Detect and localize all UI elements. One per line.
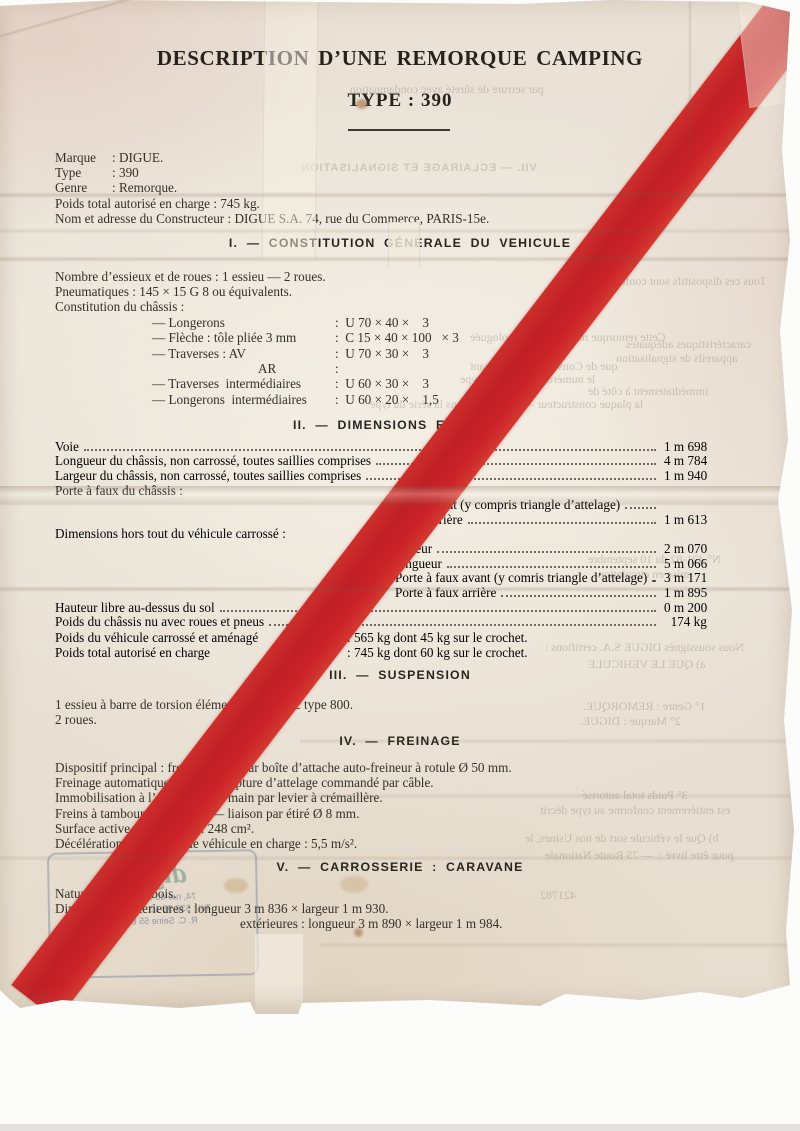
identity-value: DIGUE. xyxy=(119,150,163,165)
tyres-line: Pneumatiques : 145 × 15 G 8 ou équivalen… xyxy=(55,284,326,299)
dotted-leader xyxy=(84,449,656,451)
dimension-label: Porte à faux du châssis : xyxy=(55,483,183,499)
dimension-value: 4 m 784 xyxy=(664,453,742,469)
dimension-label: Dimensions hors tout du véhicule carross… xyxy=(55,526,286,542)
weight-line: Poids du véhicule carrossé et aménagé: 5… xyxy=(55,630,742,645)
dimension-value: 3 m 171 xyxy=(664,570,742,586)
section3-body: 1 essieu à barre de torsion élément caou… xyxy=(55,697,353,727)
dimension-label: Voie xyxy=(55,439,79,455)
braking-line: Freinage automatique en cas de rupture d… xyxy=(55,775,512,790)
chassis-spec: : xyxy=(335,361,339,376)
colon: : xyxy=(112,150,119,165)
paper-sheet: par serrure de sûreté avec condamnation … xyxy=(0,0,800,1016)
tape-strip xyxy=(262,0,319,260)
scanned-document: par serrure de sûreté avec condamnation … xyxy=(0,0,800,1131)
identity-label: Genre xyxy=(55,180,112,195)
suspension-line: 2 roues. xyxy=(55,712,353,727)
identity-value: Remorque. xyxy=(119,180,177,195)
vertical-crease xyxy=(688,0,692,150)
chassis-row: — Traverses intermédiaires: U 60 × 30 × … xyxy=(152,376,459,391)
dotted-leader xyxy=(652,580,656,582)
dimension-label: vers l’avant (y compris triangle d’attel… xyxy=(55,497,620,513)
chassis-row: — Longerons: U 70 × 40 × 3 xyxy=(152,315,459,330)
dotted-leader xyxy=(625,507,656,509)
braking-line: Surface active par tambour : 248 cm². xyxy=(55,821,512,836)
chassis-row: — Flèche : tôle pliée 3 mm: C 15 × 40 × … xyxy=(152,330,459,345)
chassis-label: — Longerons xyxy=(152,315,335,330)
dimension-value: 1 m 895 xyxy=(664,585,742,601)
chassis-spec: : U 60 × 20 × 1,5 xyxy=(335,392,439,407)
section3-heading: III. — SUSPENSION xyxy=(0,668,800,682)
colon: : xyxy=(112,180,119,195)
dimension-label: Porte à faux arrière xyxy=(55,585,496,601)
dimension-label: Longueur du châssis, non carrossé, toute… xyxy=(55,453,371,469)
scanner-edge-strip xyxy=(0,1124,800,1131)
identity-value: 390 xyxy=(119,165,139,180)
dimension-value: 5 m 066 xyxy=(664,556,742,572)
dimension-value: 1 m 940 xyxy=(664,468,742,484)
dotted-leader xyxy=(437,551,656,553)
dotted-leader xyxy=(447,566,656,568)
chassis-spec: : U 70 × 30 × 3 xyxy=(335,346,429,361)
chassis-row: — Traverses : AV: U 70 × 30 × 3 xyxy=(152,346,459,361)
section4-heading: IV. — FREINAGE xyxy=(0,734,800,748)
chassis-spec-list: — Longerons: U 70 × 40 × 3 — Flèche : tô… xyxy=(152,315,459,407)
braking-line: Freins à tambour : Ø 200 int. — liaison … xyxy=(55,806,512,821)
suspension-line: 1 essieu à barre de torsion élément caou… xyxy=(55,697,353,712)
dimension-label: Poids du châssis nu avec roues et pneus xyxy=(55,614,264,630)
tape-strip xyxy=(254,934,304,1014)
chassis-label: — Flèche : tôle pliée 3 mm xyxy=(152,330,335,345)
document-type-line: TYPE : 390 xyxy=(0,90,800,112)
title-rule xyxy=(348,129,450,131)
dotted-leader xyxy=(501,595,656,597)
chassis-row: AR: xyxy=(152,361,459,376)
chassis-label: AR xyxy=(152,361,335,376)
chassis-label: — Traverses : AV xyxy=(152,346,335,361)
chassis-row: — Longerons intermédiaires: U 60 × 20 × … xyxy=(152,392,459,407)
weight-line: Poids total autorisé en charge: 745 kg d… xyxy=(55,645,742,660)
weight-value: : 565 kg dont 45 kg sur le crochet. xyxy=(347,630,528,645)
section2-heading: II. — DIMENSIONS ET POIDS xyxy=(0,418,800,432)
dimension-label: Hauteur libre au-dessus du sol xyxy=(55,600,215,616)
chassis-spec: : U 60 × 30 × 3 xyxy=(335,376,429,391)
chassis-label: — Longerons intermédiaires xyxy=(152,392,335,407)
dimension-row: Poids du châssis nu avec roues et pneus … xyxy=(55,616,742,631)
section1-body: Nombre d’essieux et de roues : 1 essieu … xyxy=(55,269,326,315)
identity-label: Marque xyxy=(55,150,112,165)
dimension-value: 0 m 200 xyxy=(664,600,742,616)
dotted-leader xyxy=(220,610,656,612)
document-title: DESCRIPTION D’UNE REMORQUE CAMPING xyxy=(0,46,800,71)
chassis-intro-line: Constitution du châssis : xyxy=(55,299,326,314)
axles-line: Nombre d’essieux et de roues : 1 essieu … xyxy=(55,269,326,284)
colon: : xyxy=(112,165,119,180)
braking-line: Dispositif principal : frein à inertie p… xyxy=(55,760,512,775)
dimension-label: Largeur du châssis, non carrossé, toutes… xyxy=(55,468,361,484)
dimension-value: 1 m 698 xyxy=(664,439,742,455)
tape-patch xyxy=(388,222,420,268)
dimension-value: 174 kg xyxy=(664,614,742,630)
chassis-spec: : C 15 × 40 × 100 × 3 xyxy=(335,330,459,345)
weight-value: : 745 kg dont 60 kg sur le crochet. xyxy=(347,645,528,660)
braking-line: Immobilisation à l’arrêt : frein à main … xyxy=(55,790,512,805)
identity-label: Type xyxy=(55,165,112,180)
dotted-leader xyxy=(468,522,656,524)
dimension-value: 2 m 070 xyxy=(664,541,742,557)
chassis-label: — Traverses intermédiaires xyxy=(152,376,335,391)
dimension-value: 1 m 613 xyxy=(664,512,742,528)
chassis-spec: : U 70 × 40 × 3 xyxy=(335,315,429,330)
